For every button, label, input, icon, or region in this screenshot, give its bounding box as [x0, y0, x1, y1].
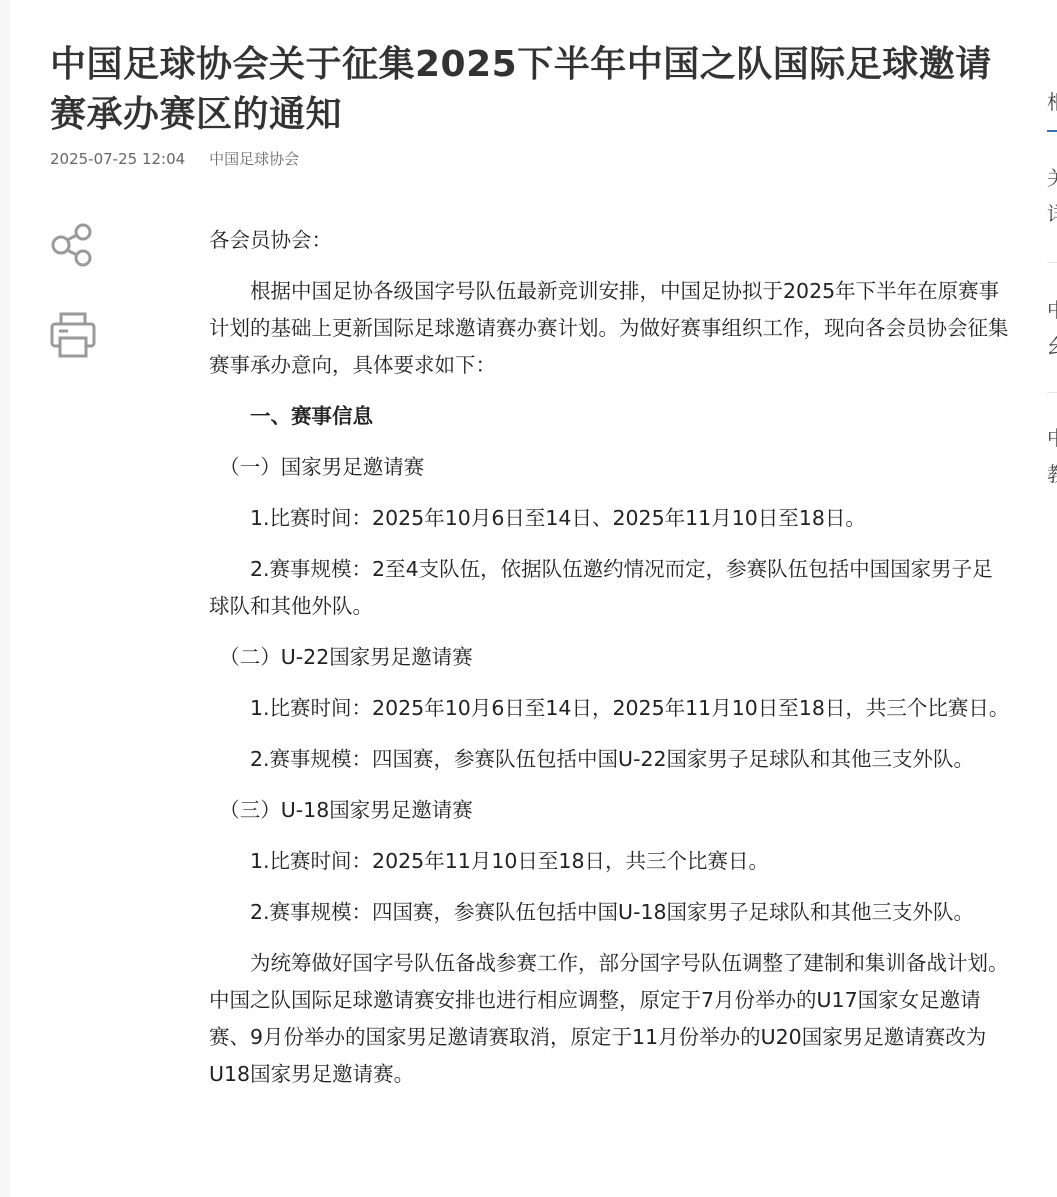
print-button[interactable] [50, 312, 96, 358]
subheading-u18: （三）U-18国家男足邀请赛 [209, 792, 1011, 829]
paragraph-u22-time: 1.比赛时间：2025年10月6日至14日，2025年11月10日至18日，共三… [209, 690, 1011, 727]
share-icon [50, 222, 96, 268]
sidebar-item-2-line2: 幺 [1047, 328, 1057, 364]
section-heading-event-info: 一、赛事信息 [209, 398, 1011, 435]
article: 中国足球协会关于征集2025下半年中国之队国际足球邀请赛承办赛区的通知 2025… [50, 0, 1020, 1197]
sidebar-item-1-line2: 详 [1047, 196, 1057, 232]
share-button[interactable] [50, 222, 96, 268]
article-tools [50, 222, 96, 402]
article-meta: 2025-07-25 12:04 中国足球协会 [50, 148, 299, 170]
paragraph-mens-scale: 2.赛事规模：2至4支队伍，依据队伍邀约情况而定，参赛队伍包括中国国家男子足球队… [209, 551, 1011, 625]
paragraph-u18-scale: 2.赛事规模：四国赛，参赛队伍包括中国U-18国家男子足球队和其他三支外队。 [209, 894, 1011, 931]
subheading-u22: （二）U-22国家男足邀请赛 [209, 639, 1011, 676]
sidebar-divider [1047, 392, 1057, 393]
paragraph-mens-time: 1.比赛时间：2025年10月6日至14日、2025年11月10日至18日。 [209, 500, 1011, 537]
sidebar-item-2-line1: 中 [1047, 292, 1057, 328]
sidebar-header-underline [1047, 130, 1057, 132]
salutation: 各会员协会： [209, 222, 1011, 259]
sidebar-item-3-line2: 教 [1047, 456, 1057, 492]
paragraph-u22-scale: 2.赛事规模：四国赛，参赛队伍包括中国U-22国家男子足球队和其他三支外队。 [209, 741, 1011, 778]
related-sidebar: 相 关 详 中 幺 中 教 [1047, 0, 1057, 1197]
paragraph-u18-time: 1.比赛时间：2025年11月10日至18日，共三个比赛日。 [209, 843, 1011, 880]
article-source: 中国足球协会 [209, 148, 299, 170]
sidebar-item-3-line1: 中 [1047, 420, 1057, 456]
page-title: 中国足球协会关于征集2025下半年中国之队国际足球邀请赛承办赛区的通知 [50, 40, 1010, 140]
publish-date: 2025-07-25 12:04 [50, 148, 185, 170]
print-icon [50, 312, 96, 358]
sidebar-item-2[interactable]: 中 幺 [1047, 292, 1057, 364]
article-body: 各会员协会： 根据中国足协各级国字号队伍最新竞训安排，中国足协拟于2025年下半… [209, 222, 1011, 1107]
left-margin-band [0, 0, 10, 1197]
sidebar-item-1-line1: 关 [1047, 160, 1057, 196]
sidebar-item-3[interactable]: 中 教 [1047, 420, 1057, 492]
intro-paragraph: 根据中国足协各级国字号队伍最新竞训安排，中国足协拟于2025年下半年在原赛事计划… [209, 273, 1011, 384]
sidebar-header: 相 [1047, 84, 1057, 120]
sidebar-divider [1047, 262, 1057, 263]
subheading-mens-national: （一）国家男足邀请赛 [209, 449, 1011, 486]
sidebar-item-1[interactable]: 关 详 [1047, 160, 1057, 232]
paragraph-adjustment: 为统筹做好国字号队伍备战参赛工作，部分国字号队伍调整了建制和集训备战计划。中国之… [209, 945, 1011, 1093]
